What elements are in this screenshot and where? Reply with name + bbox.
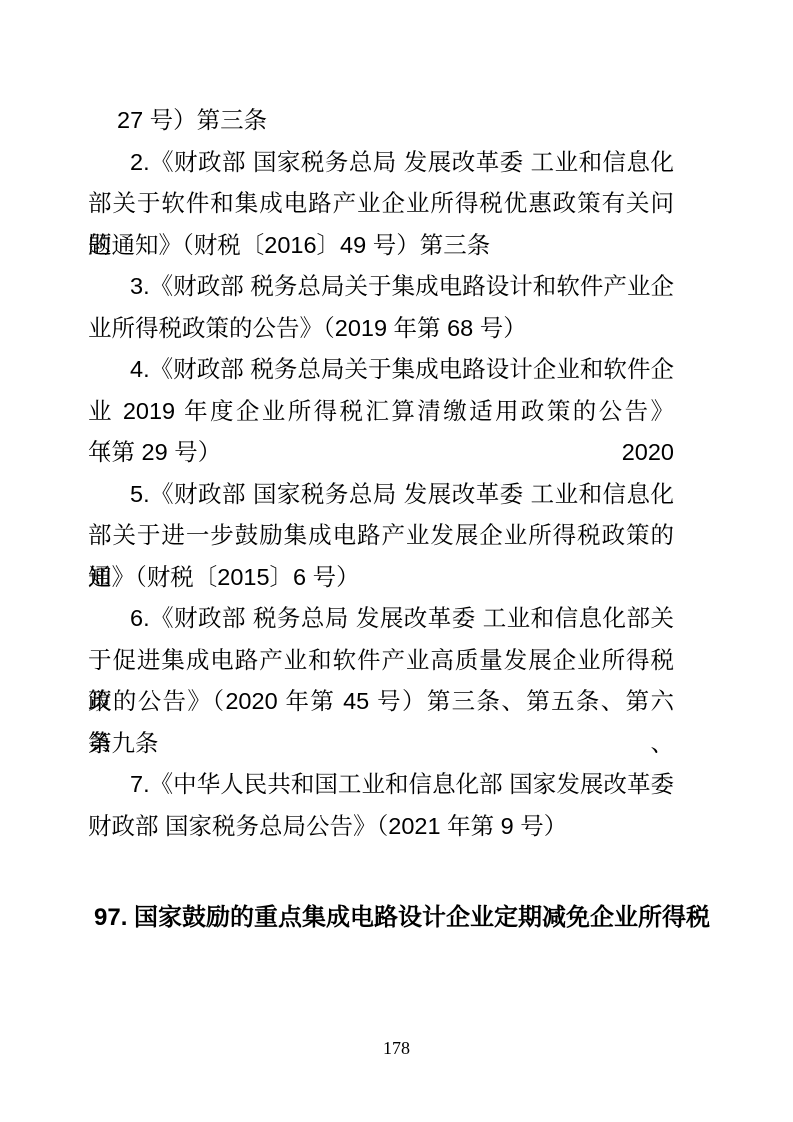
reference-item-4-line-0: 5.《财政部 国家税务总局 发展改革委 工业和信息化 [88,474,674,516]
section-heading: 97. 国家鼓励的重点集成电路设计企业定期减免企业所得税 [94,897,754,939]
reference-item-6-line-0: 7.《中华人民共和国工业和信息化部 国家发展改革委 [88,764,674,806]
document-page: 27 号）第三条2.《财政部 国家税务总局 发展改革委 工业和信息化部关于软件和… [0,0,793,1122]
reference-item-4-line-2: 知》（财税〔2015〕6 号） [88,557,674,599]
reference-item-2-line-1: 业所得税政策的公告》（2019 年第 68 号） [88,308,674,350]
reference-item-5-line-0: 6.《财政部 税务总局 发展改革委 工业和信息化部关 [88,598,674,640]
reference-list: 27 号）第三条2.《财政部 国家税务总局 发展改革委 工业和信息化部关于软件和… [88,100,674,847]
reference-item-2-line-0: 3.《财政部 税务总局关于集成电路设计和软件产业企 [88,266,674,308]
reference-item-3-line-0: 4.《财政部 税务总局关于集成电路设计企业和软件企 [88,349,674,391]
reference-item-3-line-1: 业 2019 年度企业所得税汇算清缴适用政策的公告》（2020 [88,391,674,433]
reference-item-0-line-0: 27 号）第三条 [88,100,674,142]
reference-item-4-line-1: 部关于进一步鼓励集成电路产业发展企业所得税政策的通 [88,515,674,557]
reference-item-5-line-1: 于促进集成电路产业和软件产业高质量发展企业所得税政 [88,640,674,682]
reference-item-1-line-2: 的通知》（财税〔2016〕49 号）第三条 [88,225,674,267]
reference-item-1-line-1: 部关于软件和集成电路产业企业所得税优惠政策有关问题 [88,183,674,225]
page-number: 178 [0,1038,793,1058]
reference-item-5-line-2: 策的公告》（2020 年第 45 号）第三条、第五条、第六条、 [88,681,674,723]
reference-item-1-line-0: 2.《财政部 国家税务总局 发展改革委 工业和信息化 [88,142,674,184]
reference-item-6-line-1: 财政部 国家税务总局公告》（2021 年第 9 号） [88,806,674,848]
